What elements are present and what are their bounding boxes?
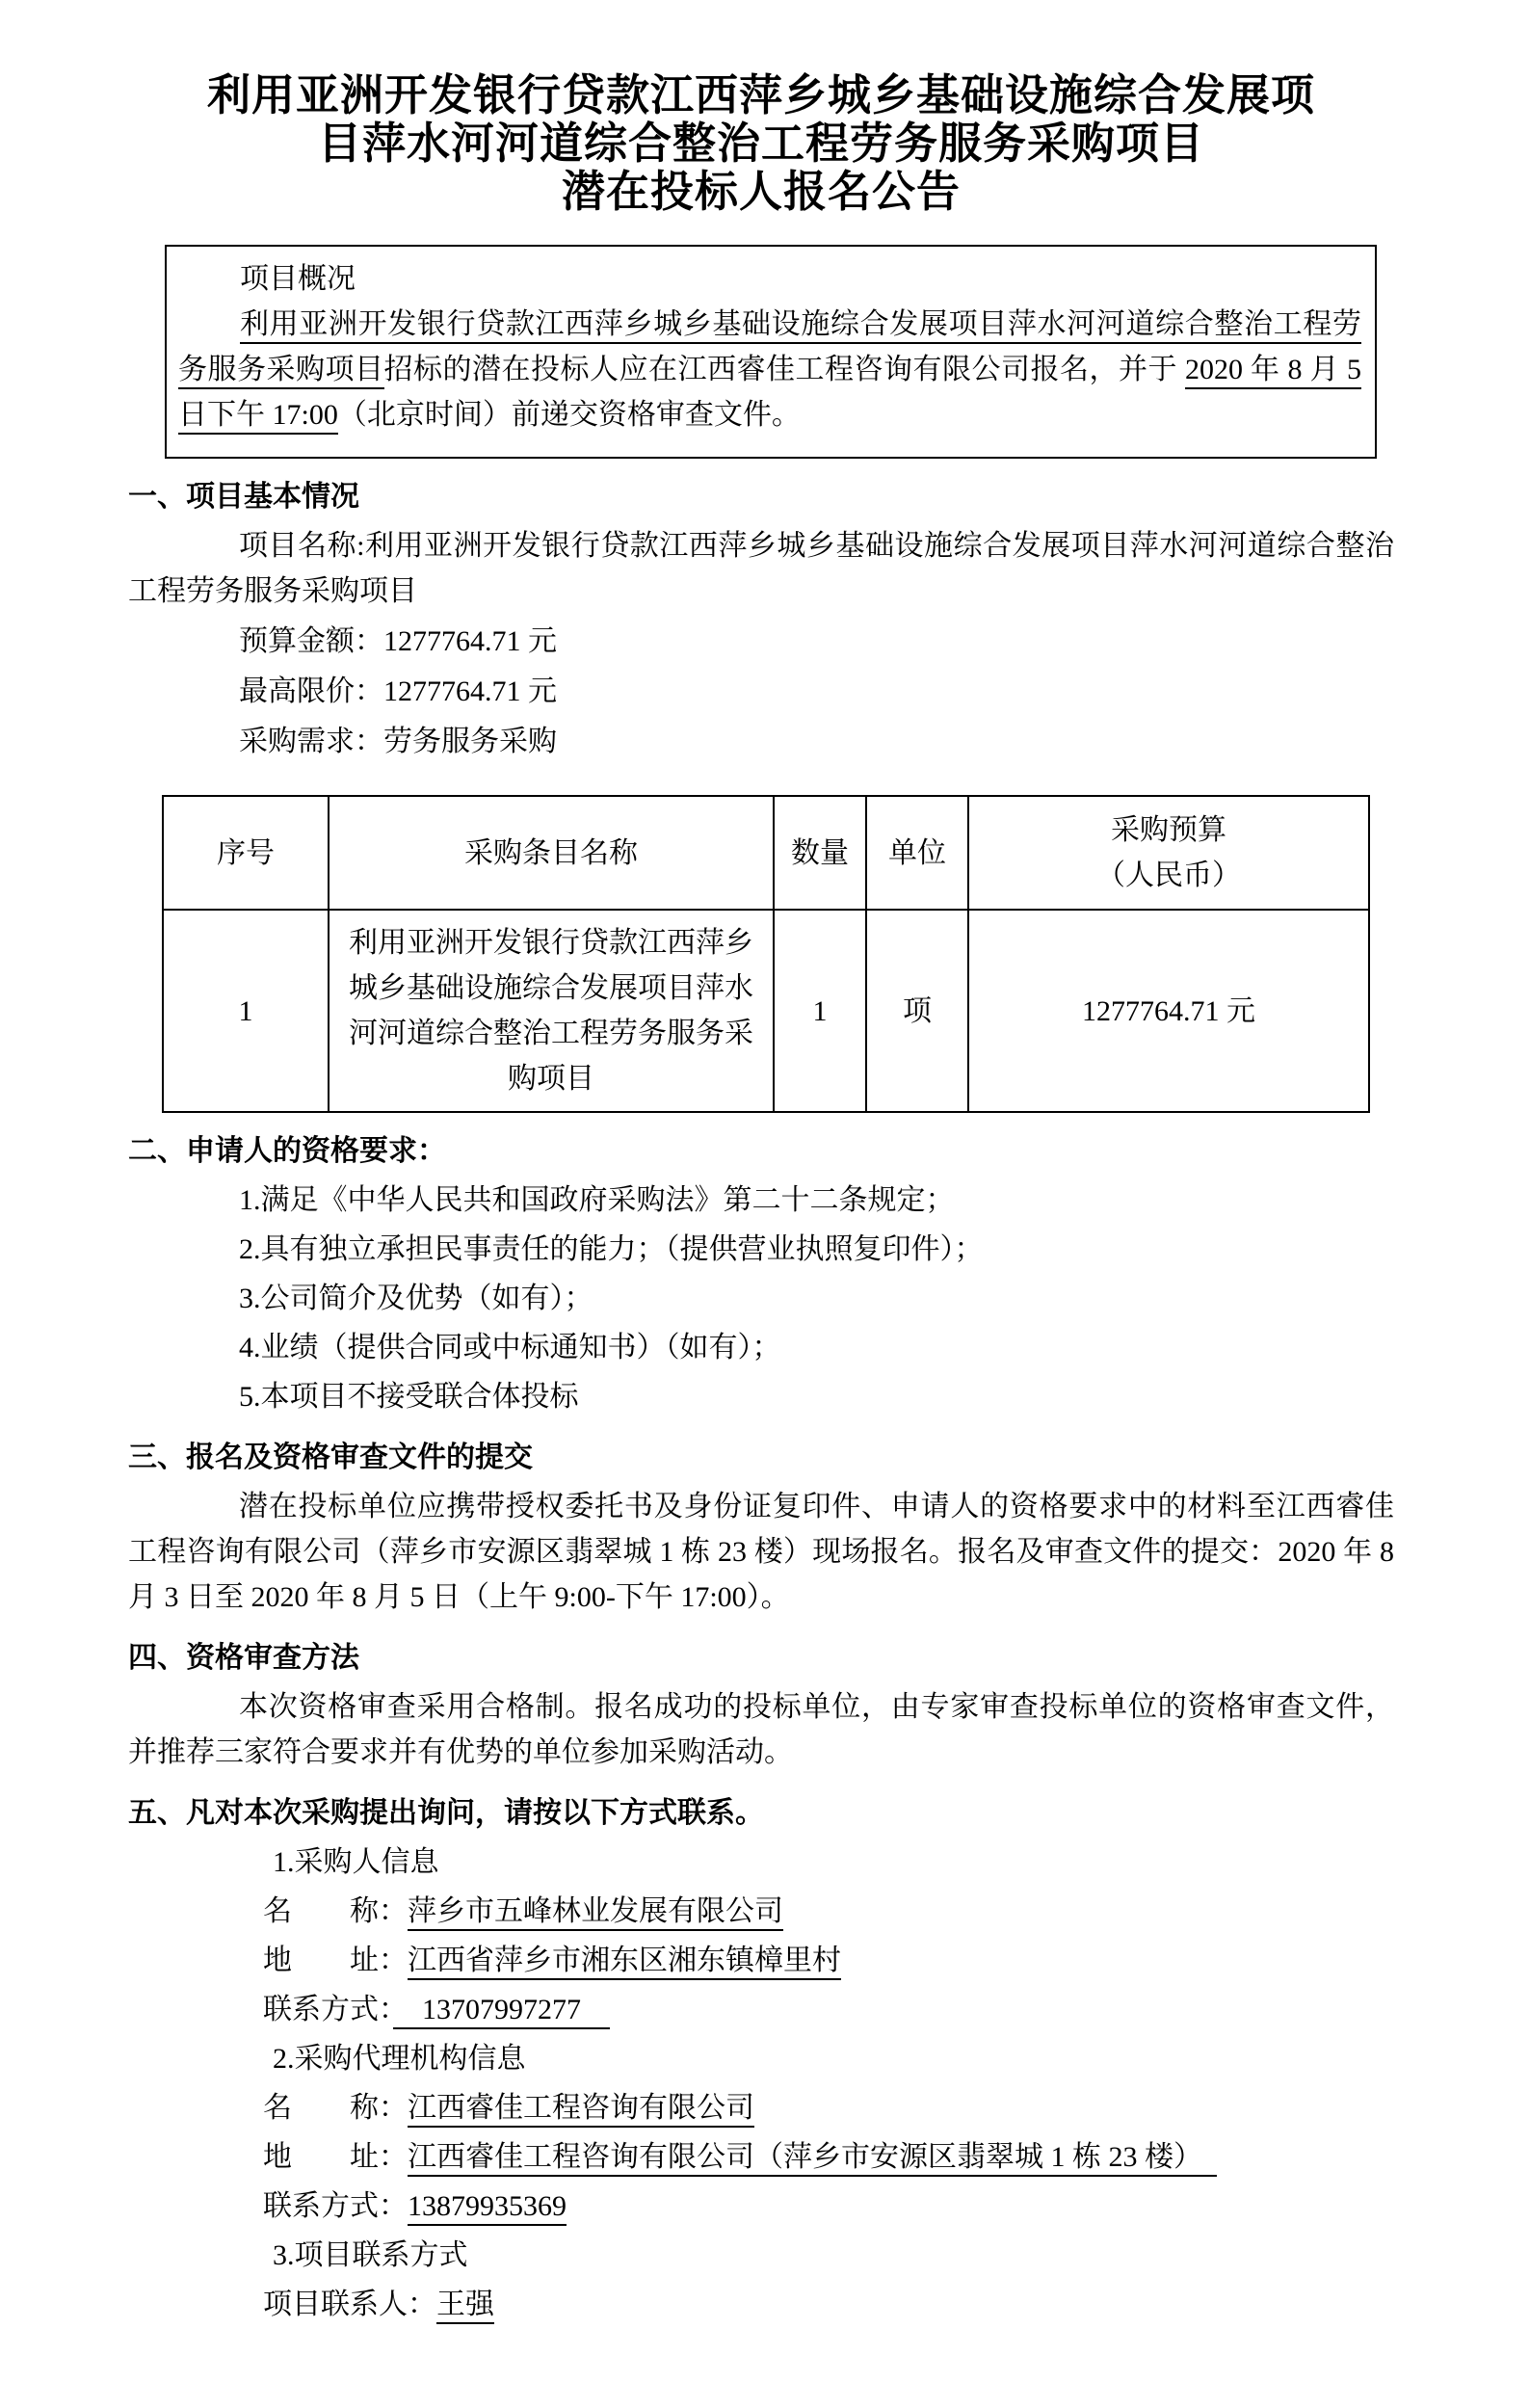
- purchaser-phone-value: 13707997277: [393, 1994, 610, 2029]
- document-title: 利用亚洲开发银行贷款江西萍乡城乡基础设施综合发展项 目萍水河河道综合整治工程劳务…: [128, 71, 1394, 216]
- document-title-line-1: 利用亚洲开发银行贷款江西萍乡城乡基础设施综合发展项: [128, 71, 1394, 119]
- cell-qty: 1: [774, 910, 866, 1112]
- agency-name-value: 江西睿佳工程咨询有限公司: [408, 2092, 754, 2128]
- qualification-item-4: 4.业绩（提供合同或中标通知书）（如有）；: [128, 1325, 1394, 1370]
- document-title-line-3: 潜在投标人报名公告: [128, 168, 1394, 216]
- header-qty: 数量: [774, 796, 866, 910]
- qualification-item-3: 3.公司简介及优势（如有）；: [128, 1276, 1394, 1321]
- purchaser-address-value: 江西省萍乡市湘东区湘东镇樟里村: [408, 1945, 841, 1980]
- document-title-line-2: 目萍水河河道综合整治工程劳务服务采购项目: [128, 119, 1394, 168]
- header-budget: 采购预算 （人民币）: [968, 796, 1369, 910]
- procurement-items-table: 序号 采购条目名称 数量 单位 采购预算 （人民币） 1 利用亚洲开发银行贷款江…: [162, 795, 1370, 1113]
- agency-name-label: 名 称：: [263, 2092, 408, 2124]
- agency-address-line: 地 址：江西睿佳工程咨询有限公司（萍乡市安源区翡翠城 1 栋 23 楼）: [128, 2134, 1394, 2180]
- header-unit: 单位: [866, 796, 968, 910]
- cell-budget: 1277764.71 元: [968, 910, 1369, 1112]
- header-budget-line2: （人民币）: [977, 853, 1360, 898]
- section3-heading: 三、报名及资格审查文件的提交: [128, 1435, 1394, 1480]
- project-contact-line: 项目联系人：王强: [128, 2282, 1394, 2327]
- project-contact-value: 王强: [436, 2289, 494, 2324]
- header-budget-line1: 采购预算: [977, 807, 1360, 853]
- section4-paragraph: 本次资格审查采用合格制。报名成功的投标单位，由专家审查投标单位的资格审查文件，并…: [128, 1684, 1394, 1775]
- agency-info-title: 2.采购代理机构信息: [128, 2036, 1394, 2081]
- table-header-row: 序号 采购条目名称 数量 单位 采购预算 （人民币）: [163, 796, 1369, 910]
- section4-heading: 四、资格审查方法: [128, 1635, 1394, 1680]
- agency-address-value: 江西睿佳工程咨询有限公司（萍乡市安源区翡翠城 1 栋 23 楼）: [408, 2141, 1217, 2177]
- project-overview-box: 项目概况 利用亚洲开发银行贷款江西萍乡城乡基础设施综合发展项目萍水河河道综合整治…: [165, 245, 1377, 459]
- agency-name-line: 名 称：江西睿佳工程咨询有限公司: [128, 2085, 1394, 2130]
- qualification-item-1: 1.满足《中华人民共和国政府采购法》第二十二条规定；: [128, 1178, 1394, 1223]
- purchaser-name-label: 名 称：: [263, 1895, 408, 1927]
- overview-middle-text: 招标的潜在投标人应在江西睿佳工程咨询有限公司报名，并于: [384, 354, 1186, 385]
- section1-heading: 一、项目基本情况: [128, 474, 1394, 519]
- section3-paragraph: 潜在投标单位应携带授权委托书及身份证复印件、申请人的资格要求中的材料至江西睿佳工…: [128, 1484, 1394, 1620]
- cell-no: 1: [163, 910, 329, 1112]
- agency-phone-line: 联系方式：13879935369: [128, 2183, 1394, 2229]
- project-contact-label: 项目联系人：: [263, 2289, 436, 2320]
- header-no: 序号: [163, 796, 329, 910]
- purchaser-name-line: 名 称：萍乡市五峰林业发展有限公司: [128, 1889, 1394, 1934]
- section1-project-name: 项目名称:利用亚洲开发银行贷款江西萍乡城乡基础设施综合发展项目萍水河河道综合整治…: [128, 523, 1394, 614]
- project-contact-title: 3.项目联系方式: [128, 2233, 1394, 2278]
- cell-item-name: 利用亚洲开发银行贷款江西萍乡城乡基础设施综合发展项目萍水河河道综合整治工程劳务服…: [329, 910, 774, 1112]
- qualification-item-5: 5.本项目不接受联合体投标: [128, 1374, 1394, 1419]
- agency-phone-value: 13879935369: [408, 2190, 567, 2226]
- section1-budget: 预算金额：1277764.71 元: [128, 619, 1394, 664]
- purchaser-address-label: 地 址：: [263, 1945, 408, 1976]
- purchaser-phone-line: 联系方式： 13707997277: [128, 1987, 1394, 2032]
- overview-paragraph: 利用亚洲开发银行贷款江西萍乡城乡基础设施综合发展项目萍水河河道综合整治工程劳务服…: [178, 302, 1361, 437]
- purchaser-name-value: 萍乡市五峰林业发展有限公司: [408, 1895, 783, 1931]
- purchaser-info-title: 1.采购人信息: [128, 1839, 1394, 1885]
- agency-address-label: 地 址：: [263, 2141, 408, 2173]
- agency-phone-label: 联系方式：: [263, 2190, 408, 2222]
- purchaser-address-line: 地 址：江西省萍乡市湘东区湘东镇樟里村: [128, 1938, 1394, 1983]
- qualification-item-2: 2.具有独立承担民事责任的能力；（提供营业执照复印件）；: [128, 1227, 1394, 1272]
- table-row: 1 利用亚洲开发银行贷款江西萍乡城乡基础设施综合发展项目萍水河河道综合整治工程劳…: [163, 910, 1369, 1112]
- cell-unit: 项: [866, 910, 968, 1112]
- purchaser-phone-label: 联系方式：: [263, 1994, 393, 2025]
- overview-tail-text: （北京时间）前递交资格审查文件。: [338, 399, 801, 431]
- overview-label: 项目概况: [178, 256, 1361, 302]
- header-item-name: 采购条目名称: [329, 796, 774, 910]
- section1-max-price: 最高限价：1277764.71 元: [128, 669, 1394, 714]
- section1-demand: 采购需求：劳务服务采购: [128, 719, 1394, 764]
- section5-heading: 五、凡对本次采购提出询问，请按以下方式联系。: [128, 1790, 1394, 1836]
- section2-heading: 二、申请人的资格要求：: [128, 1128, 1394, 1174]
- announcement-document-page: 利用亚洲开发银行贷款江西萍乡城乡基础设施综合发展项 目萍水河河道综合整治工程劳务…: [0, 0, 1529, 2408]
